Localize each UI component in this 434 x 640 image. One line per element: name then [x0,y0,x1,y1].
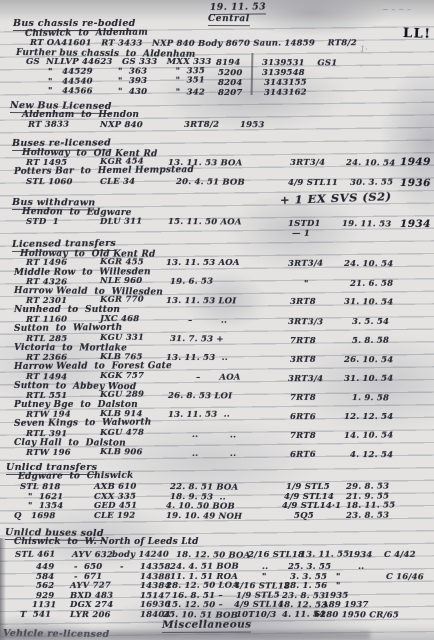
handwritten-line: 5. 8. 58 [352,336,389,346]
handwritten-line: 13. 11. 53 .. [168,410,230,420]
handwritten-line: KGU 478 [100,428,144,438]
handwritten-line: KGK 757 [100,371,144,381]
handwritten-line: STD 1 [26,217,59,227]
handwritten-line: NLE 960 [100,276,142,286]
handwritten-line: 1131 [32,600,57,610]
handwritten-line: 1949 [400,156,431,168]
handwritten-line: 6RT6 [290,412,316,422]
handwritten-line: A89 1937 [322,600,369,610]
handwritten-line: 26. 10. 54 [344,355,393,365]
handwritten-line: " 44566 " 430 " 342 [48,86,205,98]
handwritten-line: 28. 12. 50 LOA [166,581,239,591]
handwritten-line: 19. 10. 49 NOH [166,511,242,522]
handwritten-line: 4/9 STL11 [288,178,338,188]
handwritten-line: 31. 7. 53 + [170,334,224,345]
handwritten-line: 8194 [216,58,241,68]
scanned-ledger-page: 19. 11. 53Central~ – ~ –LL!1··Bus chassi… [0,0,434,640]
handwritten-line: " [304,279,309,289]
handwritten-line: 15. 12. 50 – [166,600,223,610]
handwritten-line: CLE 192 [94,511,135,521]
handwritten-line: 4/9 STL14·1 [282,501,341,511]
handwritten-line: 30. 3. 55 [350,178,393,188]
handwritten-line: 5Q5 [294,511,314,521]
scan-bottom-band [0,624,434,640]
handwritten-line: 2/16 STL18 [248,550,304,560]
handwritten-line: AXB 610 [94,482,137,492]
handwritten-line: · [360,62,363,71]
handwritten-line: 1/9 STL5 [286,482,330,492]
handwritten-line: DLU 311 [100,217,143,227]
handwritten-line: 26. 8. 53 LOI [168,391,232,401]
handwritten-line: 3RT8 [290,297,316,307]
handwritten-line: body 14240 [112,550,169,560]
handwritten-line: 8207 [218,88,242,98]
handwritten-line: KLB 906 [100,447,143,457]
handwritten-line: 1. 9. 58 [352,393,389,403]
handwritten-line: 1STD1 [288,219,321,229]
handwritten-line: 1· [360,45,368,54]
handwritten-line: CLE 34 [100,177,135,187]
handwritten-line: – AOA [196,373,241,383]
handwritten-line: .. .. [192,449,236,459]
handwritten-line: 449 [36,562,54,572]
handwritten-line: AYV 632 [72,550,113,560]
handwritten-line: - 650 [74,562,102,572]
handwritten-line: 18. 11. 55 [346,500,395,511]
handwritten-line: - [120,562,124,572]
handwritten-line: GED 451 [94,501,137,511]
handwritten-line: 14. 10. 54 [344,430,393,441]
handwritten-line: T 541 [20,610,51,620]
handwritten-line: " 1354 [28,501,63,511]
handwritten-line: ~ – ~ – [382,5,411,14]
handwritten-line: + 1 EX SVS (S2) [280,189,392,207]
handwritten-line: C 16/46 [386,572,424,582]
handwritten-line: RT 3833 [28,120,69,130]
handwritten-line: 24. 10. 54 [344,259,393,269]
handwritten-line: 3143155 [264,78,307,88]
handwritten-line: LL! [403,26,432,42]
handwritten-line: 31. 10. 54 [344,297,393,308]
handwritten-line: – .. [188,316,227,326]
handwritten-line: AYV 727 [70,581,111,591]
handwritten-line: DGX 274 [70,600,113,610]
handwritten-line: 7RT8 [290,393,316,403]
handwritten-line: 24. 4. 51 BOB [170,562,239,572]
handwritten-line: 4. 12. 54 [350,450,393,460]
handwritten-line: 6280 1950 CR/65 [314,610,399,620]
handwritten-line: 8204 [218,78,243,88]
handwritten-line: C 4/42 [384,550,416,560]
handwritten-line: 14358 [140,562,171,572]
handwritten-line: 3RT3/3 [288,317,323,327]
handwritten-line: 3. 5. 54 [352,317,389,327]
handwritten-line: Potters Bar to Hemel Hempstead [14,165,194,177]
handwritten-line: KGU 331 [100,333,144,343]
handwritten-line: 31. 10. 54 [344,374,393,384]
handwritten-line: 3139548 [262,68,305,78]
handwritten-line: 13. 11. 55 [300,549,349,560]
handwritten-line: — 1 [292,229,310,239]
handwritten-line: 7RT8 [290,431,316,441]
handwritten-line: STL 461 [15,550,56,560]
column-separator-line [251,53,253,95]
handwritten-line: 3139531 GS1 [262,58,337,68]
handwritten-line: 29. 8. 53 [346,482,389,492]
handwritten-line: 1934 [348,550,373,560]
handwritten-line: KGR 455 [100,257,144,267]
handwritten-line: 3143162 [264,88,307,98]
handwritten-line: RTW 196 [26,448,71,458]
handwritten-line: 4/9 STL14 [234,600,284,610]
handwritten-line: 1934 [400,218,431,230]
handwritten-line: 13. 11. 53 LOI [166,296,237,306]
handwritten-line: 22. 8. 51 BOA [170,482,238,493]
handwritten-line: 18. 12. 50 BOA [176,550,251,561]
handwritten-line: 19. 6. 53 [170,277,213,287]
handwritten-line: Chiswick to W. North of Leeds Ltd [14,537,199,547]
handwritten-line: 3RT3/4 [290,158,325,168]
handwritten-line: .. [358,562,364,572]
handwritten-line: 24. 10. 54 [346,158,395,169]
handwritten-line: 23. 8. 53 [346,511,389,521]
handwritten-line: NXP 840 [100,120,143,130]
handwritten-line: .. [262,562,268,572]
handwritten-line: Harrow Weald to Forest Gate [14,361,172,372]
handwritten-line: Central [208,14,250,26]
handwritten-line: KGU 289 [100,390,144,400]
handwritten-line: RT 1496 [26,258,67,268]
handwritten-line: STL 1060 [26,177,73,187]
handwritten-line: 13. 11. 53 AOA [166,258,240,268]
handwritten-line: 21. 6. 58 [350,279,393,289]
handwritten-line: 12. 12. 54 [344,412,393,422]
handwritten-line: 5200 [218,68,243,78]
handwritten-line: Edgware to Chiswick [18,471,134,482]
handwritten-line: Q 1698 [14,511,56,521]
handwritten-line: .. .. [192,430,236,440]
handwritten-line: 7RT8 [290,336,316,346]
handwritten-line: 562 [36,581,54,591]
handwritten-line: 28. 1. 56 [284,581,327,591]
handwritten-line: 13. 11. 53 .. [166,353,228,363]
handwritten-line: 19. 11. 53 [342,219,391,230]
handwritten-line: 15. 11. 50 AOA [168,217,242,227]
handwritten-line: LYR 206 [70,610,111,620]
handwritten-line: 1953 [240,120,265,130]
handwritten-line: 25. 3. 55 [288,562,331,572]
handwritten-line: STL 818 [20,482,61,492]
handwritten-line: 3RT3/4 [288,374,323,384]
handwritten-line: 1936 [400,177,431,189]
handwritten-line: 6RT6 [290,450,316,460]
handwritten-line: 3RT3/4 [288,259,323,269]
handwritten-line: Aldenham to Hendon [22,110,139,120]
handwritten-line: 20. 4. 51 BOB [176,177,245,188]
handwritten-line: 3RT8 [290,355,316,365]
handwritten-line: Body 8670 Saun. 14859 RT8/2 [198,38,357,49]
handwritten-line: KGR 770 [100,295,144,305]
handwritten-line: RT OA41601 RT 3433 NXP 840 [30,38,195,49]
handwritten-line: " [336,581,341,591]
handwritten-line: 3RT8/2 [184,120,219,130]
